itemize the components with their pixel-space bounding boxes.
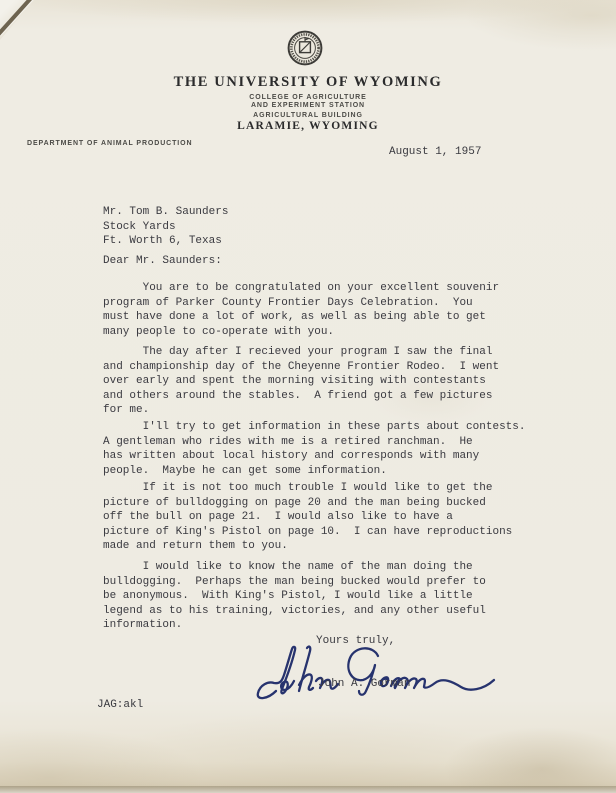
- body-paragraph: You are to be congratulated on your exce…: [103, 281, 499, 339]
- recipient-address-block: Mr. Tom B. Saunders Stock Yards Ft. Wort…: [103, 205, 228, 249]
- body-paragraph: If it is not too much trouble I would li…: [103, 481, 512, 554]
- signature-john-gorman-handwritten: [252, 641, 502, 703]
- letterhead-college-line1: COLLEGE OF AGRICULTURE: [0, 94, 616, 101]
- typed-signer-name: John A. Gorman: [318, 677, 410, 692]
- body-paragraph: I'll try to get information in these par…: [103, 420, 525, 478]
- body-paragraph: The day after I recieved your program I …: [103, 345, 499, 418]
- letter-scan-page: THE UNIVERSITY OF WYOMING COLLEGE OF AGR…: [0, 0, 616, 793]
- page-fold-corner: [0, 0, 34, 40]
- letterhead-university-name: THE UNIVERSITY OF WYOMING: [0, 74, 616, 91]
- scan-bottom-edge-shadow: [0, 786, 616, 793]
- salutation: Dear Mr. Saunders:: [103, 254, 222, 269]
- letterhead-college-line2: AND EXPERIMENT STATION: [0, 102, 616, 109]
- body-paragraph: I would like to know the name of the man…: [103, 560, 486, 633]
- university-seal-icon: [287, 30, 323, 66]
- reference-initials: JAG:akl: [97, 698, 143, 713]
- letterhead-department-line: DEPARTMENT OF ANIMAL PRODUCTION: [27, 140, 327, 147]
- date-line: August 1, 1957: [389, 145, 481, 160]
- letterhead-city-line: LARAMIE, WYOMING: [0, 120, 616, 132]
- letterhead-building-line: AGRICULTURAL BUILDING: [0, 112, 616, 119]
